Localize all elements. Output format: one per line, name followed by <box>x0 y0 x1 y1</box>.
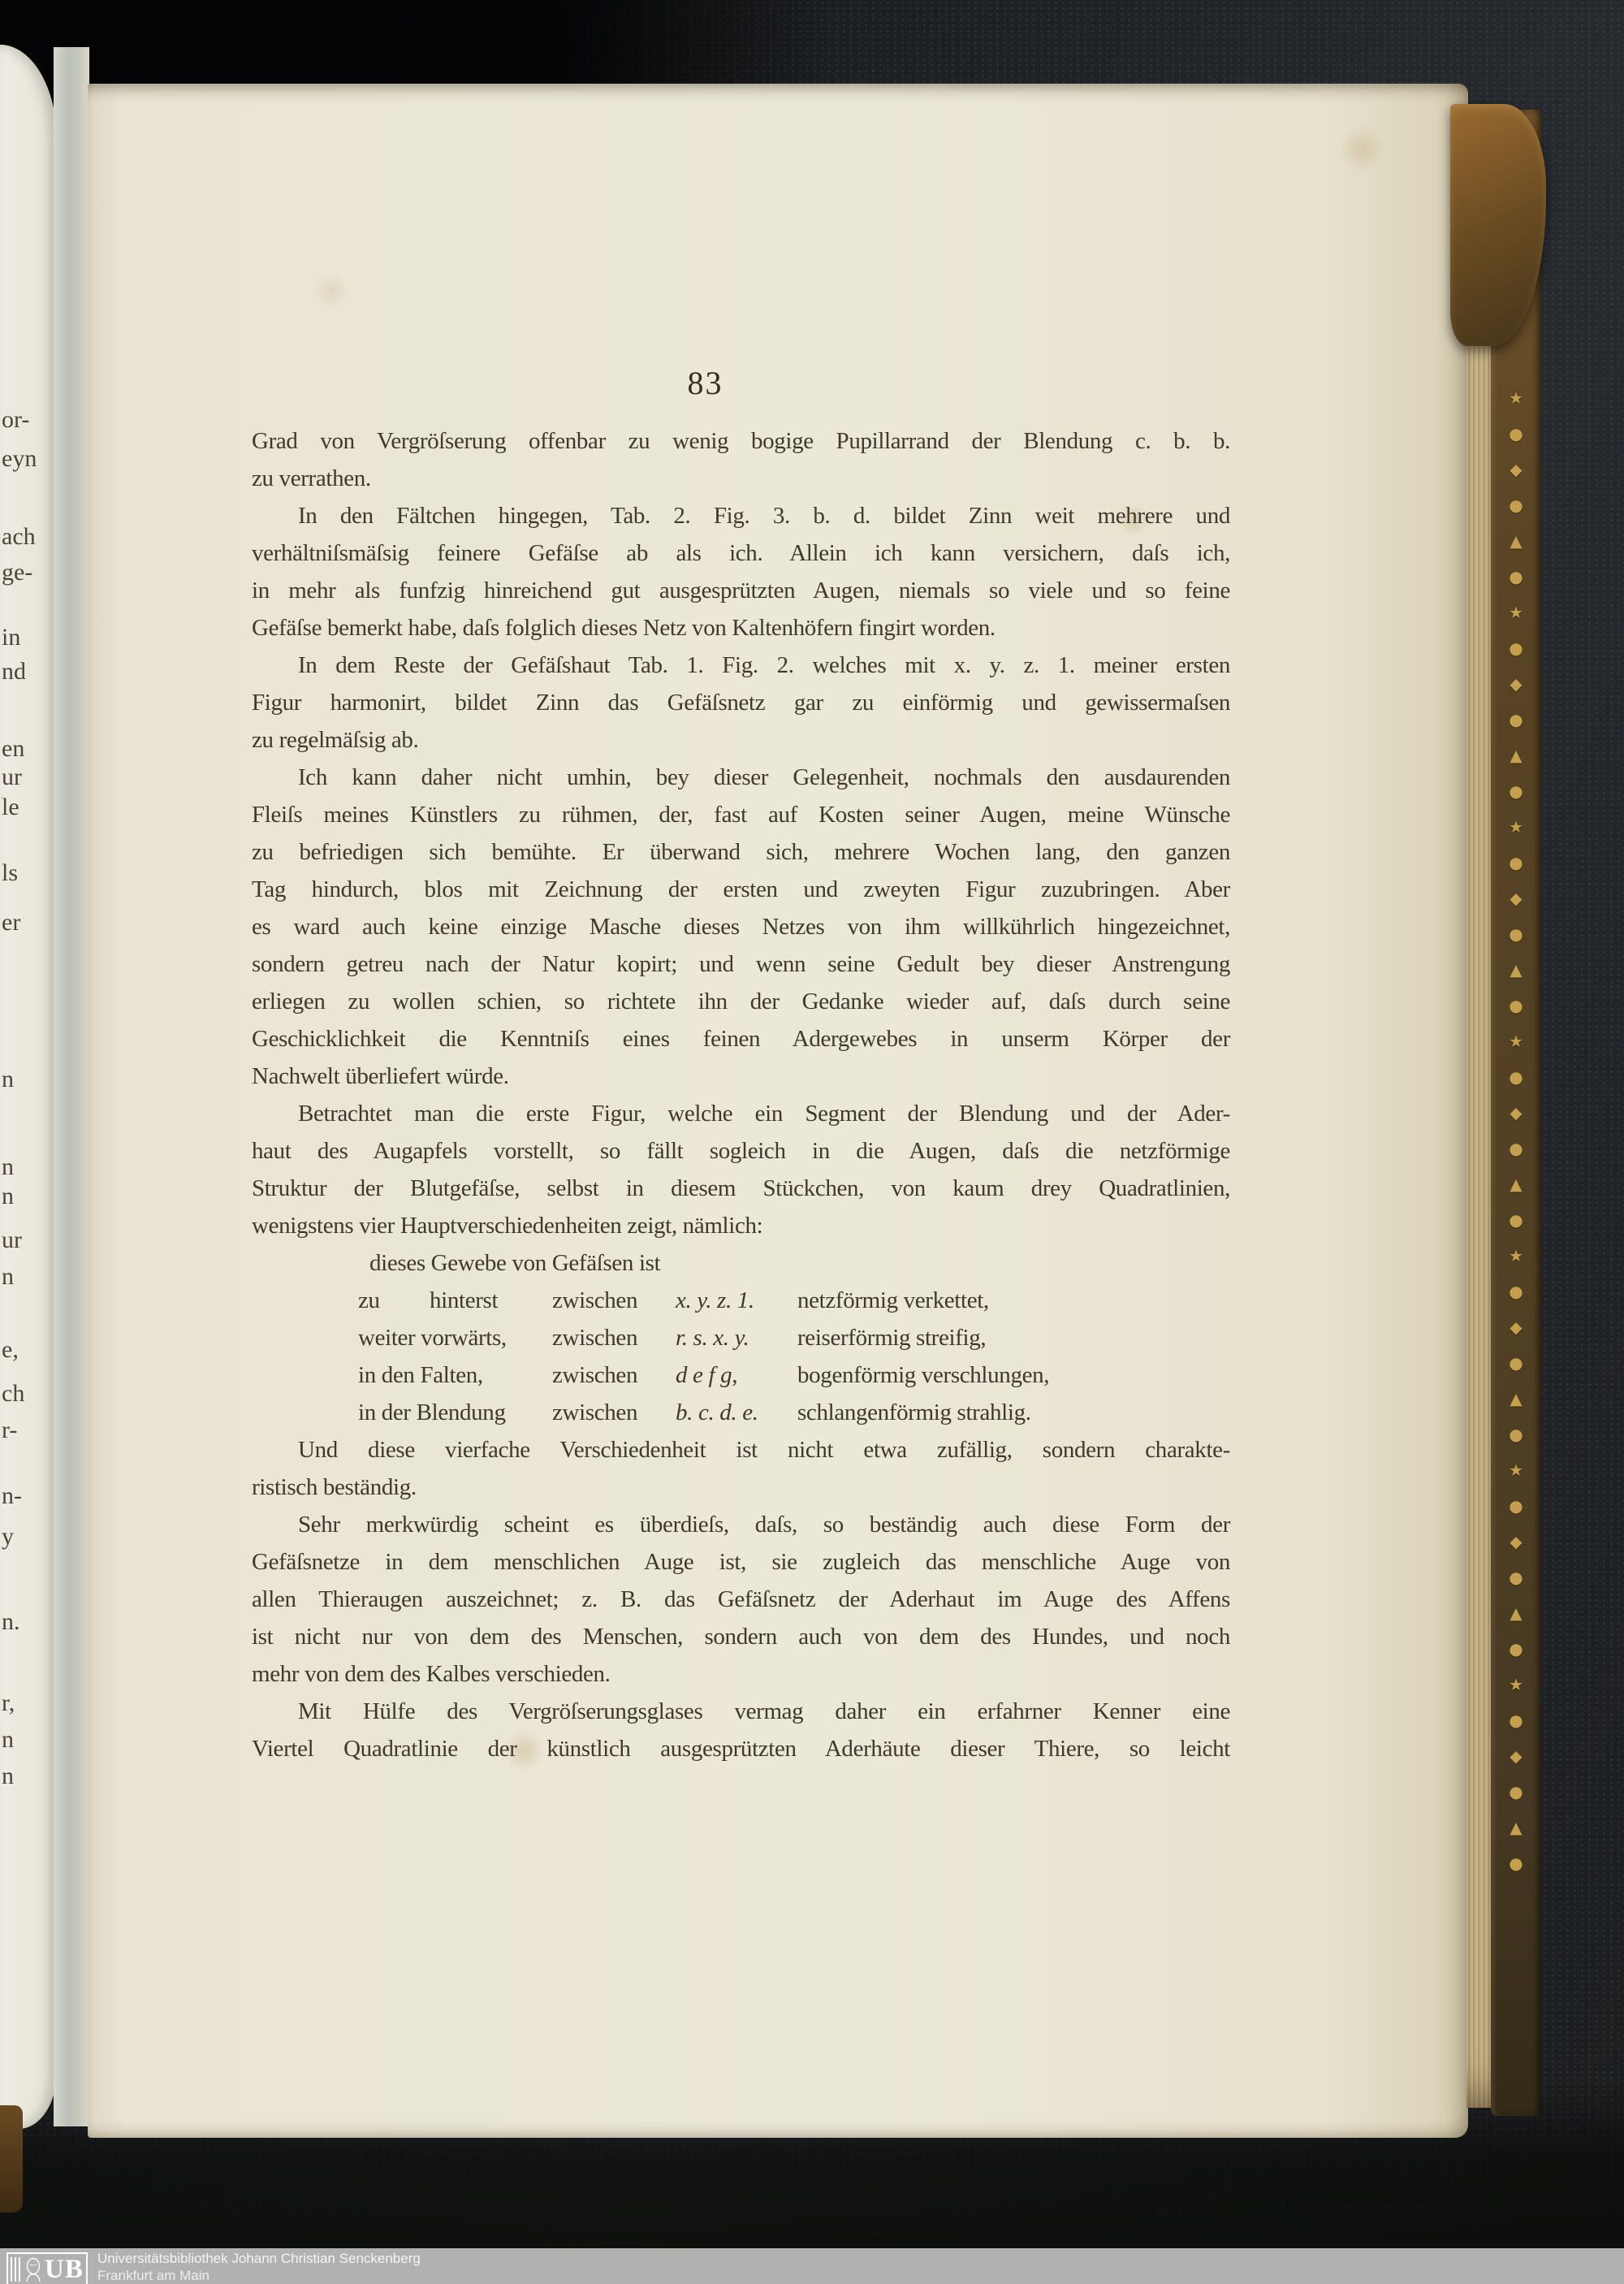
gold-ornament-icon: ◆ <box>1510 1748 1522 1765</box>
gold-ornament-icon: ● <box>1509 712 1522 729</box>
library-caption: Universitätsbibliothek Johann Christian … <box>97 2250 421 2284</box>
gold-ornament-icon: ★ <box>1509 1248 1523 1265</box>
gold-ornament-icon: ★ <box>1509 390 1523 407</box>
text-line: Grad von Vergröſserung offenbar zu wenig… <box>252 422 1230 460</box>
gold-ornament-icon: ● <box>1509 1426 1522 1443</box>
margin-text-fragment: n. <box>2 1608 20 1636</box>
text-line: Fleiſs meines Künstlers zu rühmen, der, … <box>252 796 1230 833</box>
text-line: zu befriedigen sich bemühte. Er überwand… <box>252 833 1230 871</box>
vessel-table-row: in der Blendungzwischenb. c. d. e.schlan… <box>252 1394 1230 1431</box>
vessel-table-row: in den Falten,zwischend e f g,bogenförmi… <box>252 1356 1230 1394</box>
margin-text-fragment: ur <box>2 1226 22 1254</box>
library-logo: UB <box>6 2252 88 2284</box>
margin-text-fragment: ge- <box>2 559 32 586</box>
gold-ornament-icon: ● <box>1509 1355 1522 1372</box>
library-name: Universitätsbibliothek Johann Christian … <box>97 2250 421 2267</box>
gold-ornament-icon: ★ <box>1509 1676 1523 1694</box>
gold-ornament-icon: ● <box>1509 1569 1522 1586</box>
margin-text-fragment: n <box>2 1726 14 1754</box>
gold-ornament-icon: ▲ <box>1510 1391 1522 1408</box>
gold-ornament-icon: ▲ <box>1510 1819 1522 1836</box>
margin-text-fragment: n <box>2 1183 14 1210</box>
spine-gold-tooling: ★●◆●▲●★●◆●▲●★●◆●▲●★●◆●▲●★●◆●▲●★●◆●▲●★●◆●… <box>1491 110 1541 2116</box>
margin-text-fragment: r- <box>2 1417 17 1444</box>
vessel-form: schlangenförmig strahlig. <box>797 1394 1230 1431</box>
text-line: Geschicklichkeit die Kenntniſs eines fei… <box>252 1020 1230 1058</box>
page-gutter-shadow <box>54 47 89 2126</box>
gold-ornament-icon: ● <box>1509 783 1522 800</box>
text-line: haut des Augapfels vorstellt, so fällt s… <box>252 1132 1230 1170</box>
gold-ornament-icon: ★ <box>1509 1462 1523 1479</box>
gold-ornament-icon: ● <box>1509 1498 1522 1515</box>
gold-ornament-icon: ● <box>1509 1784 1522 1801</box>
gold-ornament-icon: ● <box>1509 497 1522 514</box>
gold-ornament-icon: ● <box>1509 926 1522 943</box>
margin-text-fragment: er <box>2 909 20 937</box>
gold-ornament-icon: ◆ <box>1510 461 1522 478</box>
text-line: zu verrathen. <box>252 460 1230 497</box>
text-line: Tag hindurch, blos mit Zeichnung der ers… <box>252 871 1230 908</box>
gold-ornament-icon: ● <box>1509 640 1522 657</box>
text-line: ristisch beständig. <box>252 1469 1230 1506</box>
text-line: allen Thieraugen auszeichnet; z. B. das … <box>252 1581 1230 1618</box>
gold-ornament-icon: ● <box>1509 426 1522 443</box>
vessel-connector: zwischen <box>552 1394 676 1431</box>
text-line: ist nicht nur von dem des Menschen, sond… <box>252 1618 1230 1655</box>
margin-text-fragment: ls <box>2 859 18 887</box>
text-line: Figur harmonirt, bildet Zinn das Gefäſsn… <box>252 684 1230 721</box>
gold-ornament-icon: ● <box>1509 1855 1522 1872</box>
gold-ornament-icon: ★ <box>1509 604 1523 621</box>
text-line: Viertel Quadratlinie der künstlich ausge… <box>252 1730 1230 1767</box>
margin-text-fragment: or- <box>2 406 29 434</box>
book-scan-photo: 83 Grad von Vergröſserung offenbar zu we… <box>0 0 1624 2284</box>
margin-text-fragment: le <box>2 794 19 821</box>
margin-text-fragment: n <box>2 1066 14 1093</box>
vessel-letters: r. s. x. y. <box>676 1319 797 1356</box>
gold-ornament-icon: ◆ <box>1510 890 1522 907</box>
portrait-icon <box>24 2256 43 2282</box>
gold-ornament-icon: ◆ <box>1510 1533 1522 1551</box>
gold-ornament-icon: ▲ <box>1510 1605 1522 1622</box>
book-page: 83 Grad von Vergröſserung offenbar zu we… <box>88 84 1468 2138</box>
gold-ornament-icon: ★ <box>1509 819 1523 836</box>
vessel-position: zuhinterst <box>358 1282 552 1319</box>
gold-ornament-icon: ● <box>1509 997 1522 1014</box>
gold-ornament-icon: ▲ <box>1510 533 1522 550</box>
vessel-connector: zwischen <box>552 1356 676 1394</box>
gold-ornament-icon: ● <box>1509 1140 1522 1157</box>
bottom-left-leather-streak <box>0 2105 23 2213</box>
text-line: mehr von dem des Kalbes verschieden. <box>252 1655 1230 1693</box>
gold-ornament-icon: ◆ <box>1510 1105 1522 1122</box>
margin-text-fragment: ach <box>2 523 36 551</box>
gold-ornament-icon: ● <box>1509 1283 1522 1300</box>
gold-ornament-icon: ▲ <box>1510 747 1522 764</box>
margin-text-fragment: e, <box>2 1336 19 1364</box>
text-line: Gefäſse bemerkt habe, daſs folglich dies… <box>252 609 1230 647</box>
gold-ornament-icon: ◆ <box>1510 676 1522 693</box>
gold-ornament-icon: ● <box>1509 1641 1522 1658</box>
logo-text: UB <box>45 2255 84 2284</box>
vessel-letters: b. c. d. e. <box>676 1394 797 1431</box>
vessel-connector: zwischen <box>552 1282 676 1319</box>
gold-ornament-icon: ▲ <box>1510 1176 1522 1193</box>
margin-text-fragment: in <box>2 624 20 651</box>
text-line: erliegen zu wollen schien, so richtete i… <box>252 983 1230 1020</box>
margin-text-fragment: n <box>2 1263 14 1291</box>
gold-ornament-icon: ● <box>1509 854 1522 872</box>
gold-ornament-icon: ◆ <box>1510 1319 1522 1336</box>
vessel-connector: zwischen <box>552 1319 676 1356</box>
page-number: 83 <box>216 364 1194 402</box>
text-line: verhältniſsmäſsig feinere Gefäſse ab als… <box>252 534 1230 572</box>
vessel-letters: x. y. z. 1. <box>676 1282 797 1319</box>
vessel-table-row: weiter vorwärts,zwischenr. s. x. y.reise… <box>252 1319 1230 1356</box>
text-line: es ward auch keine einzige Masche dieses… <box>252 908 1230 945</box>
text-line: Struktur der Blutgefäſse, selbst in dies… <box>252 1170 1230 1207</box>
vessel-form: reiserförmig streifig, <box>797 1319 1230 1356</box>
text-line: Betrachtet man die erste Figur, welche e… <box>252 1095 1230 1132</box>
vessel-position: in den Falten, <box>358 1356 552 1394</box>
text-line: Mit Hülfe des Vergröſserungsglases verma… <box>252 1693 1230 1730</box>
margin-text-fragment: en <box>2 735 24 763</box>
gold-ornament-icon: ● <box>1509 1712 1522 1729</box>
gold-ornament-icon: ● <box>1509 569 1522 586</box>
vessel-position: weiter vorwärts, <box>358 1319 552 1356</box>
margin-text-fragment: eyn <box>2 445 37 473</box>
vessel-table-row: zuhinterstzwischenx. y. z. 1.netzförmig … <box>252 1282 1230 1319</box>
vessel-form: netzförmig verkettet, <box>797 1282 1230 1319</box>
vessel-position: in der Blendung <box>358 1394 552 1431</box>
library-footer-bar: UB Universitätsbibliothek Johann Christi… <box>0 2248 1624 2284</box>
text-line: In dem Reste der Gefäſshaut Tab. 1. Fig.… <box>252 647 1230 684</box>
text-line: in mehr als funfzig hinreichend gut ausg… <box>252 572 1230 609</box>
text-line: zu regelmäſsig ab. <box>252 721 1230 759</box>
library-city: Frankfurt am Main <box>97 2267 421 2284</box>
gold-ornament-icon: ● <box>1509 1069 1522 1086</box>
vessel-form: bogenförmig verschlungen, <box>797 1356 1230 1394</box>
margin-text-fragment: y <box>2 1523 14 1551</box>
text-line: Gefäſsnetze in dem menschlichen Auge ist… <box>252 1543 1230 1581</box>
text-line: Sehr merkwürdig scheint es überdieſs, da… <box>252 1506 1230 1543</box>
text-line: Und diese vierfache Verschiedenheit ist … <box>252 1431 1230 1469</box>
page-text: Grad von Vergröſserung offenbar zu wenig… <box>252 422 1230 1767</box>
text-line: sondern getreu nach der Natur kopirt; un… <box>252 945 1230 983</box>
text-line: dieses Gewebe von Gefäſsen ist <box>252 1244 1230 1282</box>
margin-text-fragment: ch <box>2 1380 24 1408</box>
page-stack-edge <box>1466 114 1491 2108</box>
margin-text-fragment: ur <box>2 763 22 791</box>
text-line: Ich kann daher nicht umhin, bey dieser G… <box>252 759 1230 796</box>
margin-text-fragment: nd <box>2 658 26 686</box>
gold-ornament-icon: ● <box>1509 1212 1522 1229</box>
vessel-letters: d e f g, <box>676 1356 797 1394</box>
text-line: wenigstens vier Hauptverschiedenheiten z… <box>252 1207 1230 1244</box>
logo-stripes-icon <box>11 2257 22 2282</box>
margin-text-fragment: n <box>2 1153 14 1181</box>
margin-text-fragment: n- <box>2 1482 22 1510</box>
margin-text-fragment: r, <box>2 1689 15 1717</box>
margin-text-fragment: n <box>2 1763 14 1790</box>
gold-ornament-icon: ★ <box>1509 1033 1523 1050</box>
text-line: In den Fältchen hingegen, Tab. 2. Fig. 3… <box>252 497 1230 534</box>
text-line: Nachwelt überliefert würde. <box>252 1058 1230 1095</box>
gold-ornament-icon: ▲ <box>1510 962 1522 979</box>
